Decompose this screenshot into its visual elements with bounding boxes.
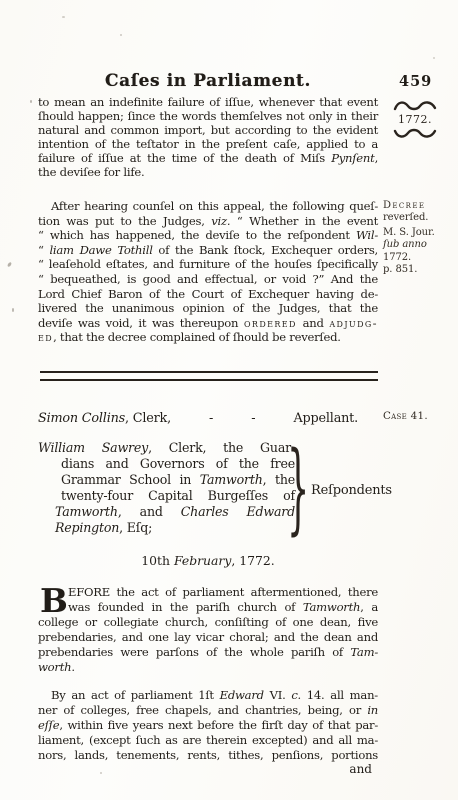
margin-note-line: 1772. xyxy=(383,252,457,264)
paragraph-before-act: EFORE the act of parliament aftermention… xyxy=(38,585,378,674)
margin-note-line: reverſed. xyxy=(383,212,457,224)
flourish-top-icon xyxy=(392,99,438,112)
text-line: prebendaries were parſons of the whole p… xyxy=(38,645,378,660)
text-line: “ liam Dawe Tothill of the Bank ſtock, E… xyxy=(38,243,378,258)
text-line: to mean an indefinite failure of iſſue, … xyxy=(38,96,378,110)
divider-rule-bottom xyxy=(40,379,378,381)
ink-speck xyxy=(433,57,435,59)
margin-note-line: M. S. Jour. xyxy=(383,227,457,239)
appellant-label: Appellant. xyxy=(294,411,358,426)
text-line: eſſe, within five years next before the … xyxy=(38,718,378,733)
flourish-bottom-icon xyxy=(392,127,438,140)
text-line: After hearing counſel on this appeal, th… xyxy=(38,199,378,214)
text-line: EFORE the act of parliament aftermention… xyxy=(38,585,378,600)
running-head: Caſes in Parliament. xyxy=(38,71,378,91)
text-line: liament, (except ſuch as are therein exc… xyxy=(38,733,378,748)
margin-note-case-number: Caſe 41. xyxy=(383,411,457,423)
text-line: intention of the teſtator in the preſent… xyxy=(38,138,378,152)
margin-note-journal: M. S. Jour. ſub anno 1772. p. 851. xyxy=(383,227,457,276)
text-line: ner of colleges, free chapels, and chant… xyxy=(38,703,378,718)
ink-speck xyxy=(62,16,65,18)
scanned-book-page: Caſes in Parliament. 459 1772. to mean a… xyxy=(0,0,458,800)
text-line: Repington, Eſq; xyxy=(38,520,295,536)
text-line: By an act of parliament 1ſt Edward VI. c… xyxy=(38,688,378,703)
text-line: “ leaſehold eſtates, and furniture of th… xyxy=(38,257,378,272)
paragraph-judgment: After hearing counſel on this appeal, th… xyxy=(38,199,378,345)
separator-dash: - xyxy=(251,411,255,426)
margin-note-decree: Decree reverſed. xyxy=(383,200,457,224)
separator-dash: - xyxy=(209,411,213,426)
case-heading: Simon Collins, Clerk, - - Appellant. xyxy=(38,411,358,426)
text-line: prebendaries, and one lay vicar choral; … xyxy=(38,630,378,645)
text-line: failure of iſſue at the time of the deat… xyxy=(38,152,378,166)
ink-speck xyxy=(120,34,122,36)
catchword: and xyxy=(38,762,372,776)
text-line: Tamworth, and Charles Edward xyxy=(38,504,295,520)
text-line: deviſe was void, it was thereupon ordere… xyxy=(38,316,378,331)
brace-right: } xyxy=(287,441,309,539)
text-line: ed, that the decree complained of ſhould… xyxy=(38,330,378,345)
text-line: the deviſee for life. xyxy=(38,166,378,180)
ink-speck xyxy=(12,308,14,312)
text-line: dians and Governors of the free xyxy=(38,456,295,472)
text-line: nors, lands, tenements, rents, tithes, p… xyxy=(38,748,378,763)
text-line: William Sawrey, Clerk, the Guar- xyxy=(38,440,295,456)
margin-note-year: 1772. xyxy=(388,99,442,140)
paragraph-act-of-parliament: By an act of parliament 1ſt Edward VI. c… xyxy=(38,688,378,763)
text-line: “ which has happened, the deviſe to the … xyxy=(38,228,378,243)
margin-note-line: ſub anno xyxy=(383,239,457,251)
margin-note-line: p. 851. xyxy=(383,264,457,276)
text-line: twenty-four Capital Burgeſſes of xyxy=(38,488,295,504)
appellant-name: Simon Collins, Clerk, xyxy=(38,411,171,426)
text-line: worth. xyxy=(38,660,378,675)
text-line: ſhould happen; ſince the words themſelve… xyxy=(38,110,378,124)
ink-speck xyxy=(100,772,102,774)
ink-speck xyxy=(30,100,32,103)
hearing-date: 10th February, 1772. xyxy=(38,553,378,568)
ink-speck xyxy=(7,262,12,268)
text-line: Lord Chief Baron of the Court of Exchequ… xyxy=(38,287,378,302)
text-line: livered the unanimous opinion of the Jud… xyxy=(38,301,378,316)
text-line: natural and common import, but according… xyxy=(38,124,378,138)
page-title: Caſes in Parliament. xyxy=(38,71,378,91)
text-line: “ bequeathed, is good and effectual, or … xyxy=(38,272,378,287)
text-line: tion was put to the Judges, viz. “ Wheth… xyxy=(38,214,378,229)
page-number: 459 xyxy=(399,73,432,90)
respondents-block: William Sawrey, Clerk, the Guar- dians a… xyxy=(38,440,295,535)
text-line: Grammar School in Tamworth, the xyxy=(38,472,295,488)
text-line: college or collegiate church, conſiſting… xyxy=(38,615,378,630)
divider-rule-top xyxy=(40,371,378,373)
respondents-label: Reſpondents xyxy=(311,483,392,498)
margin-note-line: Decree xyxy=(383,200,457,212)
margin-year-label: 1772. xyxy=(388,113,442,126)
text-line: was founded in the pariſh church of Tamw… xyxy=(38,600,378,615)
paragraph-continuation: to mean an indefinite failure of iſſue, … xyxy=(38,96,378,179)
